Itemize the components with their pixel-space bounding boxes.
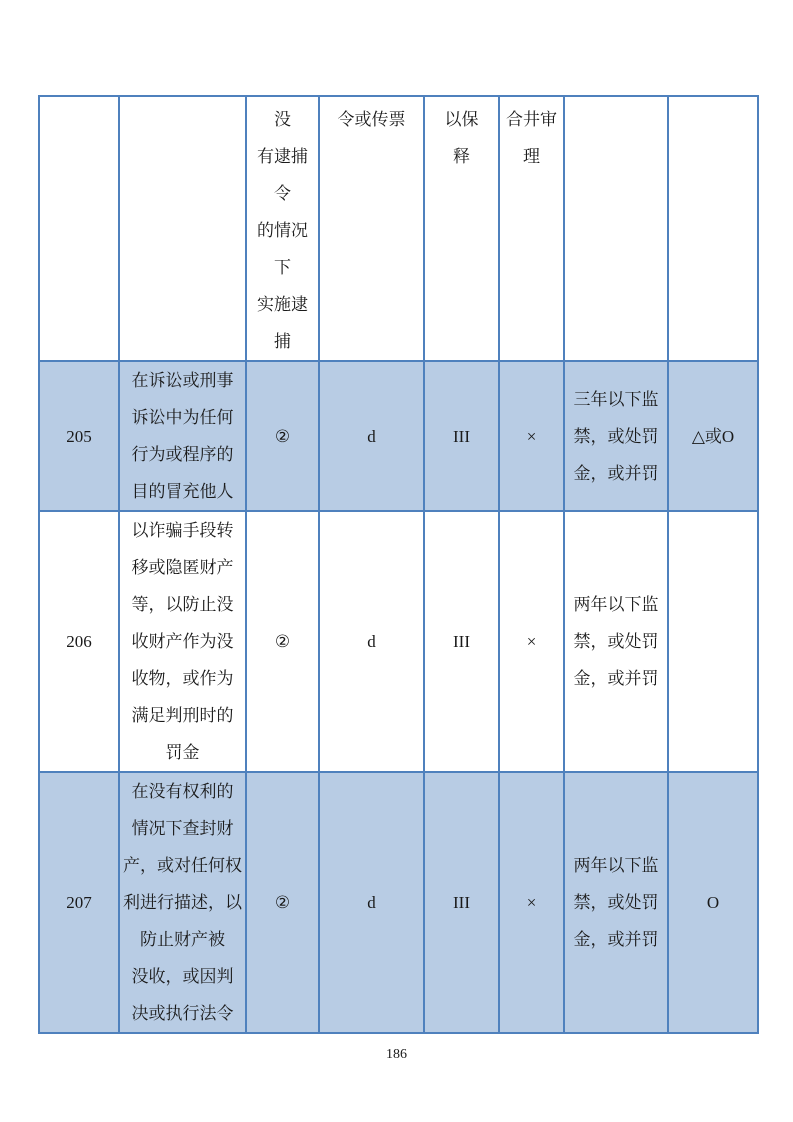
table-row-206: 206 以诈骗手段转 移或隐匿财产 等，以防止没 收财产作为没 收物，或作为 满… bbox=[39, 511, 758, 772]
cell-warrant-or-summons: d bbox=[319, 511, 424, 772]
offenses-table: 没 有逮捕 令 的情况 下 实施逮 捕 令或传票 以保 释 合井审 理 205 … bbox=[38, 95, 759, 1034]
cell-punishment: 三年以下监 禁，或处罚 金，或并罚 bbox=[564, 361, 668, 511]
header-cell-mark bbox=[668, 96, 758, 361]
table-row-207: 207 在没有权利的 情况下查封财 产，或对任何权 利进行描述，以 防止财产被 … bbox=[39, 772, 758, 1033]
header-cell-punishment bbox=[564, 96, 668, 361]
cell-section-number: 206 bbox=[39, 511, 119, 772]
cell-mark: △或O bbox=[668, 361, 758, 511]
cell-section-number: 205 bbox=[39, 361, 119, 511]
header-cell-joint-trial: 合井审 理 bbox=[499, 96, 564, 361]
cell-joint-trial: × bbox=[499, 511, 564, 772]
cell-joint-trial: × bbox=[499, 772, 564, 1033]
header-cell-arrest-without-warrant: 没 有逮捕 令 的情况 下 实施逮 捕 bbox=[246, 96, 319, 361]
cell-mark: O bbox=[668, 772, 758, 1033]
cell-warrant-or-summons: d bbox=[319, 361, 424, 511]
cell-bail: III bbox=[424, 772, 499, 1033]
cell-section-number: 207 bbox=[39, 772, 119, 1033]
cell-offense-description: 以诈骗手段转 移或隐匿财产 等，以防止没 收财产作为没 收物，或作为 满足判刑时… bbox=[119, 511, 246, 772]
cell-arrest-without-warrant: ② bbox=[246, 361, 319, 511]
cell-bail: III bbox=[424, 361, 499, 511]
header-cell-warrant-or-summons: 令或传票 bbox=[319, 96, 424, 361]
cell-warrant-or-summons: d bbox=[319, 772, 424, 1033]
cell-joint-trial: × bbox=[499, 361, 564, 511]
cell-bail: III bbox=[424, 511, 499, 772]
cell-arrest-without-warrant: ② bbox=[246, 772, 319, 1033]
cell-punishment: 两年以下监 禁，或处罚 金，或并罚 bbox=[564, 772, 668, 1033]
header-cell-description bbox=[119, 96, 246, 361]
cell-mark bbox=[668, 511, 758, 772]
cell-arrest-without-warrant: ② bbox=[246, 511, 319, 772]
cell-punishment: 两年以下监 禁，或处罚 金，或并罚 bbox=[564, 511, 668, 772]
header-cell-section bbox=[39, 96, 119, 361]
document-page: 没 有逮捕 令 的情况 下 实施逮 捕 令或传票 以保 释 合井审 理 205 … bbox=[0, 0, 793, 1122]
table-header-row: 没 有逮捕 令 的情况 下 实施逮 捕 令或传票 以保 释 合井审 理 bbox=[39, 96, 758, 361]
table-row-205: 205 在诉讼或刑事 诉讼中为任何 行为或程序的 目的冒充他人 ② d III … bbox=[39, 361, 758, 511]
cell-offense-description: 在没有权利的 情况下查封财 产，或对任何权 利进行描述，以 防止财产被 没收，或… bbox=[119, 772, 246, 1033]
header-cell-bail: 以保 释 bbox=[424, 96, 499, 361]
page-number: 186 bbox=[0, 1046, 793, 1064]
cell-offense-description: 在诉讼或刑事 诉讼中为任何 行为或程序的 目的冒充他人 bbox=[119, 361, 246, 511]
